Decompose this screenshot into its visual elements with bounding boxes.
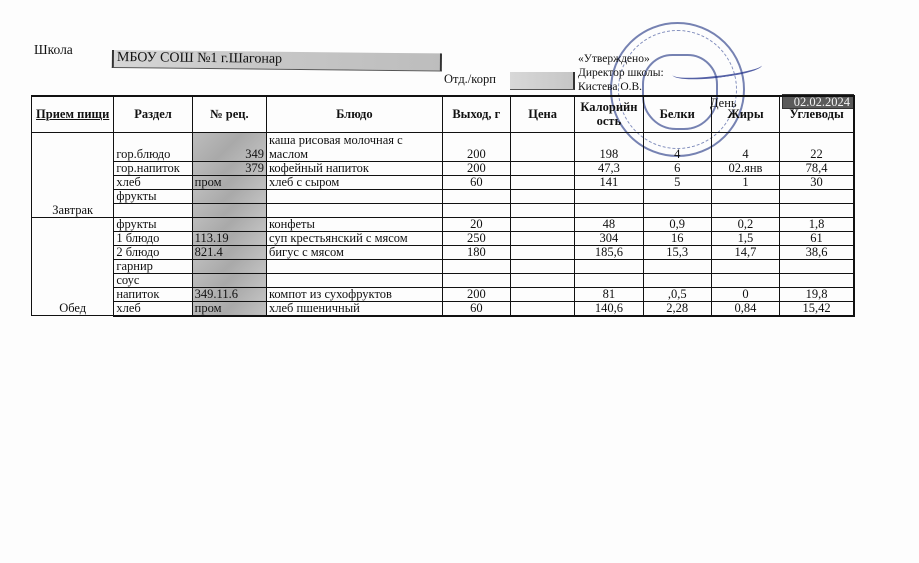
- cell-calories: 48: [575, 217, 643, 231]
- approval-name: Кистева О.В.: [578, 80, 664, 94]
- cell-fat: 0,84: [711, 301, 779, 316]
- col-header-calories: Калорийн ость: [575, 96, 643, 132]
- school-name-field: МБОУ СОШ №1 г.Шагонар: [112, 50, 442, 71]
- table-row: гарнир: [32, 259, 855, 273]
- cell-calories: 198: [575, 132, 643, 161]
- cell-section: хлеб: [114, 301, 192, 316]
- table-header-row: Прием пищи Раздел № рец. Блюдо Выход, г …: [32, 96, 855, 132]
- cell-calories: [575, 189, 643, 203]
- cell-carbs: 78,4: [780, 161, 854, 175]
- cell-recipe: 349: [192, 132, 266, 161]
- cell-protein: ,0,5: [643, 287, 711, 301]
- col-header-price: Цена: [511, 96, 575, 132]
- cell-carbs: 19,8: [780, 287, 854, 301]
- dept-field: [510, 72, 575, 90]
- cell-yield: [442, 189, 510, 203]
- cell-dish: каша рисовая молочная с маслом: [266, 132, 442, 161]
- cell-calories: [575, 259, 643, 273]
- cell-carbs: 30: [780, 175, 854, 189]
- cell-carbs: 61: [780, 231, 854, 245]
- cell-price: [511, 203, 575, 217]
- cell-carbs: [780, 273, 854, 287]
- cell-protein: [643, 259, 711, 273]
- cell-section: хлеб: [114, 175, 192, 189]
- cell-yield: 180: [442, 245, 510, 259]
- cell-carbs: 1,8: [780, 217, 854, 231]
- col-header-yield: Выход, г: [442, 96, 510, 132]
- menu-table: Прием пищи Раздел № рец. Блюдо Выход, г …: [31, 95, 855, 317]
- cell-dish: суп крестьянский с мясом: [266, 231, 442, 245]
- cell-dish: компот из сухофруктов: [266, 287, 442, 301]
- cell-recipe: [192, 259, 266, 273]
- col-header-recipe: № рец.: [192, 96, 266, 132]
- cell-recipe: [192, 189, 266, 203]
- cell-fat: 1,5: [711, 231, 779, 245]
- cell-price: [511, 301, 575, 316]
- cell-section: фрукты: [114, 189, 192, 203]
- cell-calories: 81: [575, 287, 643, 301]
- cell-dish: [266, 189, 442, 203]
- cell-section: соус: [114, 273, 192, 287]
- cell-dish: бигус с мясом: [266, 245, 442, 259]
- cell-section: гор.напиток: [114, 161, 192, 175]
- meal-name-cell: Обед: [32, 217, 114, 316]
- cell-calories: 304: [575, 231, 643, 245]
- cell-yield: [442, 259, 510, 273]
- cell-recipe: [192, 217, 266, 231]
- cell-price: [511, 273, 575, 287]
- col-header-meal: Прием пищи: [32, 96, 114, 132]
- cell-protein: [643, 273, 711, 287]
- cell-protein: 0,9: [643, 217, 711, 231]
- cell-calories: 47,3: [575, 161, 643, 175]
- cell-price: [511, 245, 575, 259]
- cell-recipe: [192, 273, 266, 287]
- cell-recipe: пром: [192, 175, 266, 189]
- table-row: 1 блюдо113.19суп крестьянский с мясом250…: [32, 231, 855, 245]
- cell-fat: 4: [711, 132, 779, 161]
- table-row: [32, 203, 855, 217]
- cell-fat: 0: [711, 287, 779, 301]
- cell-yield: 20: [442, 217, 510, 231]
- cell-recipe: 349.11.6: [192, 287, 266, 301]
- table-row: фрукты: [32, 189, 855, 203]
- cell-section: фрукты: [114, 217, 192, 231]
- cell-calories: [575, 273, 643, 287]
- cell-yield: [442, 203, 510, 217]
- cell-protein: 5: [643, 175, 711, 189]
- cell-calories: [575, 203, 643, 217]
- cell-price: [511, 259, 575, 273]
- cell-dish: хлеб пшеничный: [266, 301, 442, 316]
- approval-block: «Утверждено» Директор школы: Кистева О.В…: [578, 52, 664, 94]
- cell-protein: [643, 189, 711, 203]
- cell-carbs: 22: [780, 132, 854, 161]
- cell-carbs: [780, 203, 854, 217]
- cell-yield: 200: [442, 161, 510, 175]
- cell-section: гарнир: [114, 259, 192, 273]
- cell-fat: 02.янв: [711, 161, 779, 175]
- cell-yield: 200: [442, 287, 510, 301]
- cell-protein: 15,3: [643, 245, 711, 259]
- cell-price: [511, 231, 575, 245]
- table-row: Завтракгор.блюдо349каша рисовая молочная…: [32, 132, 855, 161]
- table-row: хлебпромхлеб с сыром601415130: [32, 175, 855, 189]
- cell-section: 2 блюдо: [114, 245, 192, 259]
- cell-carbs: 38,6: [780, 245, 854, 259]
- table-row: соус: [32, 273, 855, 287]
- cell-price: [511, 132, 575, 161]
- cell-calories: 141: [575, 175, 643, 189]
- table-row: 2 блюдо821.4бигус с мясом180185,615,314,…: [32, 245, 855, 259]
- col-header-fat: Жиры: [711, 96, 779, 132]
- cell-recipe: [192, 203, 266, 217]
- cell-calories: 140,6: [575, 301, 643, 316]
- cell-recipe: пром: [192, 301, 266, 316]
- col-header-dish: Блюдо: [266, 96, 442, 132]
- cell-dish: [266, 259, 442, 273]
- cell-dish: кофейный напиток: [266, 161, 442, 175]
- cell-section: [114, 203, 192, 217]
- cell-fat: [711, 189, 779, 203]
- cell-protein: 4: [643, 132, 711, 161]
- table-row: гор.напиток379кофейный напиток20047,3602…: [32, 161, 855, 175]
- cell-yield: [442, 273, 510, 287]
- cell-fat: 14,7: [711, 245, 779, 259]
- cell-fat: [711, 259, 779, 273]
- cell-section: 1 блюдо: [114, 231, 192, 245]
- approval-title: «Утверждено»: [578, 52, 664, 66]
- table-row: хлебпромхлеб пшеничный60140,62,280,8415,…: [32, 301, 855, 316]
- cell-protein: [643, 203, 711, 217]
- cell-price: [511, 217, 575, 231]
- col-header-protein: Белки: [643, 96, 711, 132]
- cell-carbs: [780, 189, 854, 203]
- cell-dish: хлеб с сыром: [266, 175, 442, 189]
- cell-protein: 16: [643, 231, 711, 245]
- cell-carbs: [780, 259, 854, 273]
- cell-protein: 6: [643, 161, 711, 175]
- cell-section: напиток: [114, 287, 192, 301]
- cell-protein: 2,28: [643, 301, 711, 316]
- table-row: напиток349.11.6компот из сухофруктов2008…: [32, 287, 855, 301]
- approval-position: Директор школы:: [578, 66, 664, 80]
- cell-section: гор.блюдо: [114, 132, 192, 161]
- cell-price: [511, 189, 575, 203]
- table-row: Обедфруктыконфеты20480,90,21,8: [32, 217, 855, 231]
- cell-fat: [711, 273, 779, 287]
- cell-yield: 200: [442, 132, 510, 161]
- cell-fat: 0,2: [711, 217, 779, 231]
- cell-yield: 60: [442, 301, 510, 316]
- cell-fat: 1: [711, 175, 779, 189]
- cell-calories: 185,6: [575, 245, 643, 259]
- dept-label: Отд./корп: [444, 72, 496, 87]
- school-label: Школа: [34, 42, 73, 58]
- cell-yield: 60: [442, 175, 510, 189]
- cell-price: [511, 161, 575, 175]
- cell-recipe: 379: [192, 161, 266, 175]
- cell-recipe: 821.4: [192, 245, 266, 259]
- cell-dish: конфеты: [266, 217, 442, 231]
- col-header-carbs: Углеводы: [780, 96, 854, 132]
- cell-dish: [266, 203, 442, 217]
- cell-yield: 250: [442, 231, 510, 245]
- cell-price: [511, 175, 575, 189]
- cell-recipe: 113.19: [192, 231, 266, 245]
- cell-carbs: 15,42: [780, 301, 854, 316]
- meal-name-cell: Завтрак: [32, 132, 114, 217]
- cell-dish: [266, 273, 442, 287]
- cell-price: [511, 287, 575, 301]
- col-header-section: Раздел: [114, 96, 192, 132]
- cell-fat: [711, 203, 779, 217]
